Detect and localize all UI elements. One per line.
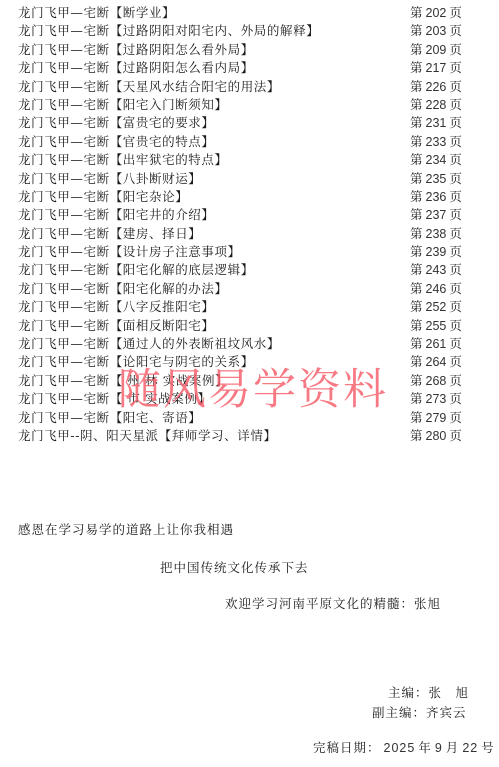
page-suffix: 页: [449, 299, 462, 314]
page-suffix: 页: [449, 226, 462, 241]
toc-entry-page: 第237页: [410, 206, 462, 224]
page-suffix: 页: [449, 336, 462, 351]
page-prefix: 第: [410, 5, 423, 20]
page-prefix: 第: [410, 60, 423, 75]
page-suffix: 页: [449, 410, 462, 425]
page-prefix: 第: [410, 262, 423, 277]
toc-entry[interactable]: 龙门飞甲—宅断【阳宅化解的底层逻辑】第243页: [18, 261, 478, 279]
page-suffix: 页: [449, 189, 462, 204]
page-prefix: 第: [410, 299, 423, 314]
page-number: 239: [426, 245, 447, 259]
page-suffix: 页: [449, 171, 462, 186]
page-suffix: 页: [449, 42, 462, 57]
page-suffix: 页: [449, 428, 462, 443]
page-prefix: 第: [410, 373, 423, 388]
toc-entry-title: 龙门飞甲—宅断【阳宅杂论】: [18, 188, 188, 206]
page-number: 228: [426, 98, 447, 112]
page-prefix: 第: [410, 207, 423, 222]
toc-entry-title: 龙门飞甲—宅断【断学业】: [18, 4, 175, 22]
page-suffix: 页: [449, 373, 462, 388]
page-suffix: 页: [449, 354, 462, 369]
closing-line-2: 把中国传统文化传承下去: [160, 558, 309, 576]
toc-entry-title: 龙门飞甲—宅断【 州 林 实战案例】: [18, 372, 228, 390]
toc-entry-title: 龙门飞甲—宅断【过路阴阳怎么看外局】: [18, 41, 254, 59]
toc-entry-page: 第217页: [410, 59, 462, 77]
month-unit: 月: [446, 740, 460, 755]
toc-entry[interactable]: 龙门飞甲—宅断【八卦断财运】第235页: [18, 170, 478, 188]
page-number: 264: [426, 355, 447, 369]
toc-entry[interactable]: 龙门飞甲—宅断【出牢狱宅的特点】第234页: [18, 151, 478, 169]
toc-entry-page: 第255页: [410, 317, 462, 335]
toc-entry-title: 龙门飞甲—宅断【阳宅化解的办法】: [18, 280, 228, 298]
toc-entry-page: 第234页: [410, 151, 462, 169]
toc-entry-page: 第261页: [410, 335, 462, 353]
toc-entry-page: 第239页: [410, 243, 462, 261]
toc-entry-page: 第246页: [410, 280, 462, 298]
page-number: 261: [426, 337, 447, 351]
page-suffix: 页: [449, 318, 462, 333]
page-number: 243: [426, 263, 447, 277]
toc-entry-title: 龙门飞甲—宅断【阳宅化解的底层逻辑】: [18, 261, 254, 279]
completion-month: 9: [435, 741, 443, 755]
toc-entry-page: 第243页: [410, 261, 462, 279]
toc-entry-title: 龙门飞甲—宅断【面相反断阳宅】: [18, 317, 215, 335]
toc-entry-title: 龙门飞甲—宅断【通过人的外表断祖坟风水】: [18, 335, 280, 353]
toc-entry[interactable]: 龙门飞甲—宅断【阳宅入门断须知】第228页: [18, 96, 478, 114]
toc-entry-page: 第252页: [410, 298, 462, 316]
page-number: 268: [426, 374, 447, 388]
toc-entry-page: 第268页: [410, 372, 462, 390]
page-number: 202: [426, 6, 447, 20]
page-suffix: 页: [449, 281, 462, 296]
deputy-editor: 副主编：齐宾云: [372, 703, 467, 721]
page-prefix: 第: [410, 152, 423, 167]
toc-entry-page: 第202页: [410, 4, 462, 22]
page-prefix: 第: [410, 391, 423, 406]
toc-entry-page: 第228页: [410, 96, 462, 114]
page-prefix: 第: [410, 281, 423, 296]
page-suffix: 页: [449, 207, 462, 222]
toc-entry[interactable]: 龙门飞甲—宅断【断学业】第202页: [18, 4, 478, 22]
page-suffix: 页: [449, 244, 462, 259]
page-prefix: 第: [410, 97, 423, 112]
page-prefix: 第: [410, 318, 423, 333]
page-suffix: 页: [449, 60, 462, 75]
page-number: 217: [426, 61, 447, 75]
toc-entry-page: 第236页: [410, 188, 462, 206]
toc-entry[interactable]: 龙门飞甲—宅断【建房、择日】第238页: [18, 225, 478, 243]
toc-entry[interactable]: 龙门飞甲—宅断【阳宅、寄语】第279页: [18, 409, 478, 427]
page-prefix: 第: [410, 226, 423, 241]
page-prefix: 第: [410, 244, 423, 259]
completion-date-label: 完稿日期：: [313, 740, 381, 755]
toc-entry-title: 龙门飞甲—宅断【天星风水结合阳宅的用法】: [18, 78, 280, 96]
toc-entry-page: 第203页: [410, 22, 462, 40]
toc-entry-title: 龙门飞甲—宅断【官贵宅的特点】: [18, 133, 215, 151]
table-of-contents: 龙门飞甲—宅断【断学业】第202页龙门飞甲—宅断【过路阴阳对阳宅内、外局的解释】…: [18, 4, 478, 445]
toc-entry-title: 龙门飞甲—宅断【八卦断财运】: [18, 170, 201, 188]
toc-entry[interactable]: 龙门飞甲—宅断【通过人的外表断祖坟风水】第261页: [18, 335, 478, 353]
toc-entry[interactable]: 龙门飞甲—宅断【富贵宅的要求】第231页: [18, 114, 478, 132]
toc-entry-title: 龙门飞甲—宅断【论阳宅与阴宅的关系】: [18, 353, 254, 371]
toc-entry-page: 第235页: [410, 170, 462, 188]
toc-entry-page: 第238页: [410, 225, 462, 243]
toc-entry-title: 龙门飞甲--阴、阳天星派【拜师学习、详情】: [18, 427, 277, 445]
page-number: 238: [426, 227, 447, 241]
toc-entry[interactable]: 龙门飞甲—宅断【设计房子注意事项】第239页: [18, 243, 478, 261]
toc-entry-page: 第273页: [410, 390, 462, 408]
toc-entry[interactable]: 龙门飞甲—宅断【八字反推阳宅】第252页: [18, 298, 478, 316]
toc-entry-page: 第226页: [410, 78, 462, 96]
day-unit: 号: [481, 740, 495, 755]
page-number: 203: [426, 24, 447, 38]
toc-entry[interactable]: 龙门飞甲—宅断【官贵宅的特点】第233页: [18, 133, 478, 151]
page-number: 236: [426, 190, 447, 204]
toc-entry-page: 第264页: [410, 353, 462, 371]
page-number: 231: [426, 116, 447, 130]
toc-entry[interactable]: 龙门飞甲—宅断【阳宅杂论】第236页: [18, 188, 478, 206]
page-number: 237: [426, 208, 447, 222]
page-number: 279: [426, 411, 447, 425]
page-prefix: 第: [410, 171, 423, 186]
toc-entry-title: 龙门飞甲—宅断【设计房子注意事项】: [18, 243, 241, 261]
completion-year: 2025: [384, 741, 416, 755]
closing-line-1: 感恩在学习易学的道路上让你我相遇: [18, 520, 234, 538]
page-prefix: 第: [410, 23, 423, 38]
toc-entry-title: 龙门飞甲—宅断【富贵宅的要求】: [18, 114, 215, 132]
toc-entry-title: 龙门飞甲—宅断【 市 实战案例】: [18, 390, 211, 408]
toc-entry[interactable]: 龙门飞甲--阴、阳天星派【拜师学习、详情】第280页: [18, 427, 478, 445]
toc-entry-title: 龙门飞甲—宅断【阳宅、寄语】: [18, 409, 201, 427]
page-suffix: 页: [449, 97, 462, 112]
toc-entry[interactable]: 龙门飞甲—宅断【过路阴阳对阳宅内、外局的解释】第203页: [18, 22, 478, 40]
toc-entry-page: 第209页: [410, 41, 462, 59]
page-suffix: 页: [449, 262, 462, 277]
page-number: 209: [426, 43, 447, 57]
page-suffix: 页: [449, 23, 462, 38]
closing-line-3: 欢迎学习河南平原文化的精髓：张旭: [225, 594, 441, 612]
page-number: 233: [426, 135, 447, 149]
page-suffix: 页: [449, 5, 462, 20]
toc-entry-title: 龙门飞甲—宅断【建房、择日】: [18, 225, 201, 243]
completion-day: 22: [462, 741, 478, 755]
page-suffix: 页: [449, 134, 462, 149]
page-number: 252: [426, 300, 447, 314]
toc-entry-title: 龙门飞甲—宅断【阳宅井的介绍】: [18, 206, 215, 224]
toc-entry-title: 龙门飞甲—宅断【八字反推阳宅】: [18, 298, 215, 316]
page-number: 273: [426, 392, 447, 406]
toc-entry[interactable]: 龙门飞甲—宅断【阳宅化解的办法】第246页: [18, 280, 478, 298]
page-prefix: 第: [410, 79, 423, 94]
page-number: 235: [426, 172, 447, 186]
page-suffix: 页: [449, 152, 462, 167]
page-prefix: 第: [410, 115, 423, 130]
page-number: 280: [426, 429, 447, 443]
toc-entry[interactable]: 龙门飞甲—宅断【 市 实战案例】第273页: [18, 390, 478, 408]
toc-entry[interactable]: 龙门飞甲—宅断【过路阴阳怎么看外局】第209页: [18, 41, 478, 59]
toc-entry-page: 第279页: [410, 409, 462, 427]
page-suffix: 页: [449, 391, 462, 406]
page-prefix: 第: [410, 428, 423, 443]
page-number: 246: [426, 282, 447, 296]
toc-entry-title: 龙门飞甲—宅断【阳宅入门断须知】: [18, 96, 228, 114]
toc-entry-page: 第233页: [410, 133, 462, 151]
page-prefix: 第: [410, 42, 423, 57]
toc-entry[interactable]: 龙门飞甲—宅断【天星风水结合阳宅的用法】第226页: [18, 78, 478, 96]
year-unit: 年: [418, 740, 432, 755]
page-prefix: 第: [410, 354, 423, 369]
page-number: 255: [426, 319, 447, 333]
page-number: 234: [426, 153, 447, 167]
chief-editor: 主编：张 旭: [388, 683, 469, 701]
toc-entry[interactable]: 龙门飞甲—宅断【过路阴阳怎么看内局】第217页: [18, 59, 478, 77]
page-number: 226: [426, 80, 447, 94]
page-prefix: 第: [410, 189, 423, 204]
toc-entry-title: 龙门飞甲—宅断【过路阴阳对阳宅内、外局的解释】: [18, 22, 319, 40]
page-suffix: 页: [449, 115, 462, 130]
toc-entry[interactable]: 龙门飞甲—宅断【 州 林 实战案例】第268页: [18, 372, 478, 390]
toc-entry[interactable]: 龙门飞甲—宅断【论阳宅与阴宅的关系】第264页: [18, 353, 478, 371]
toc-entry[interactable]: 龙门飞甲—宅断【面相反断阳宅】第255页: [18, 317, 478, 335]
page-prefix: 第: [410, 336, 423, 351]
completion-date: 完稿日期：2025年9月22号: [313, 738, 495, 756]
page-prefix: 第: [410, 410, 423, 425]
page-suffix: 页: [449, 79, 462, 94]
toc-entry-title: 龙门飞甲—宅断【过路阴阳怎么看内局】: [18, 59, 254, 77]
toc-entry[interactable]: 龙门飞甲—宅断【阳宅井的介绍】第237页: [18, 206, 478, 224]
toc-entry-title: 龙门飞甲—宅断【出牢狱宅的特点】: [18, 151, 228, 169]
toc-entry-page: 第231页: [410, 114, 462, 132]
page-prefix: 第: [410, 134, 423, 149]
toc-entry-page: 第280页: [410, 427, 462, 445]
